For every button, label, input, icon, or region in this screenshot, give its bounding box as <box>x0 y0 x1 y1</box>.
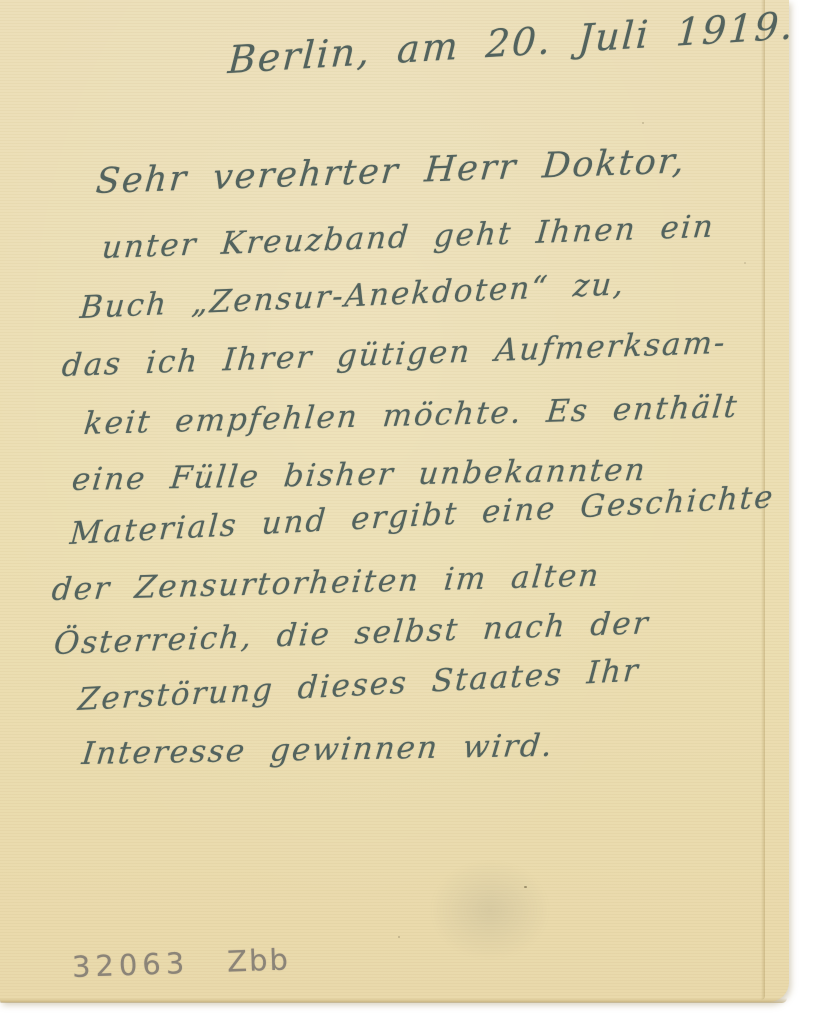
body-line: Zerstörung dieses Staates Ihr <box>77 652 641 718</box>
body-line: der Zensurtorheiten im alten <box>50 558 602 608</box>
body-line: das ich Ihrer gütigen Aufmerksam- <box>60 325 728 384</box>
body-line: Buch „Zensur-Anekdoten“ zu, <box>79 266 627 326</box>
archive-number: 32063 <box>71 946 189 984</box>
paper-speck <box>642 122 644 124</box>
paper-edge-shadow-bottom <box>0 998 787 1003</box>
scanned-letter-page: Berlin, am 20. Juli 1919. Sehr verehrter… <box>0 0 814 1024</box>
archive-code: Zbb <box>227 942 291 978</box>
body-line: unter Kreuzband geht Ihnen ein <box>100 209 716 267</box>
smudge-stain <box>430 860 550 960</box>
salutation-line: Sehr verehrter Herr Doktor, <box>94 141 687 202</box>
body-line: Interesse gewinnen wird. <box>80 728 556 772</box>
paper-speck <box>524 886 527 888</box>
paper-speck <box>398 936 400 938</box>
date-line: Berlin, am 20. Juli 1919. <box>227 3 796 82</box>
body-line: Österreich, die selbst nach der <box>52 605 651 662</box>
paper-speck <box>744 262 746 264</box>
body-line: keit empfehlen möchte. Es enthält <box>82 389 740 442</box>
letter-paper: Berlin, am 20. Juli 1919. Sehr verehrter… <box>0 0 789 1002</box>
archive-annotation: 32063Zbb <box>71 942 290 984</box>
